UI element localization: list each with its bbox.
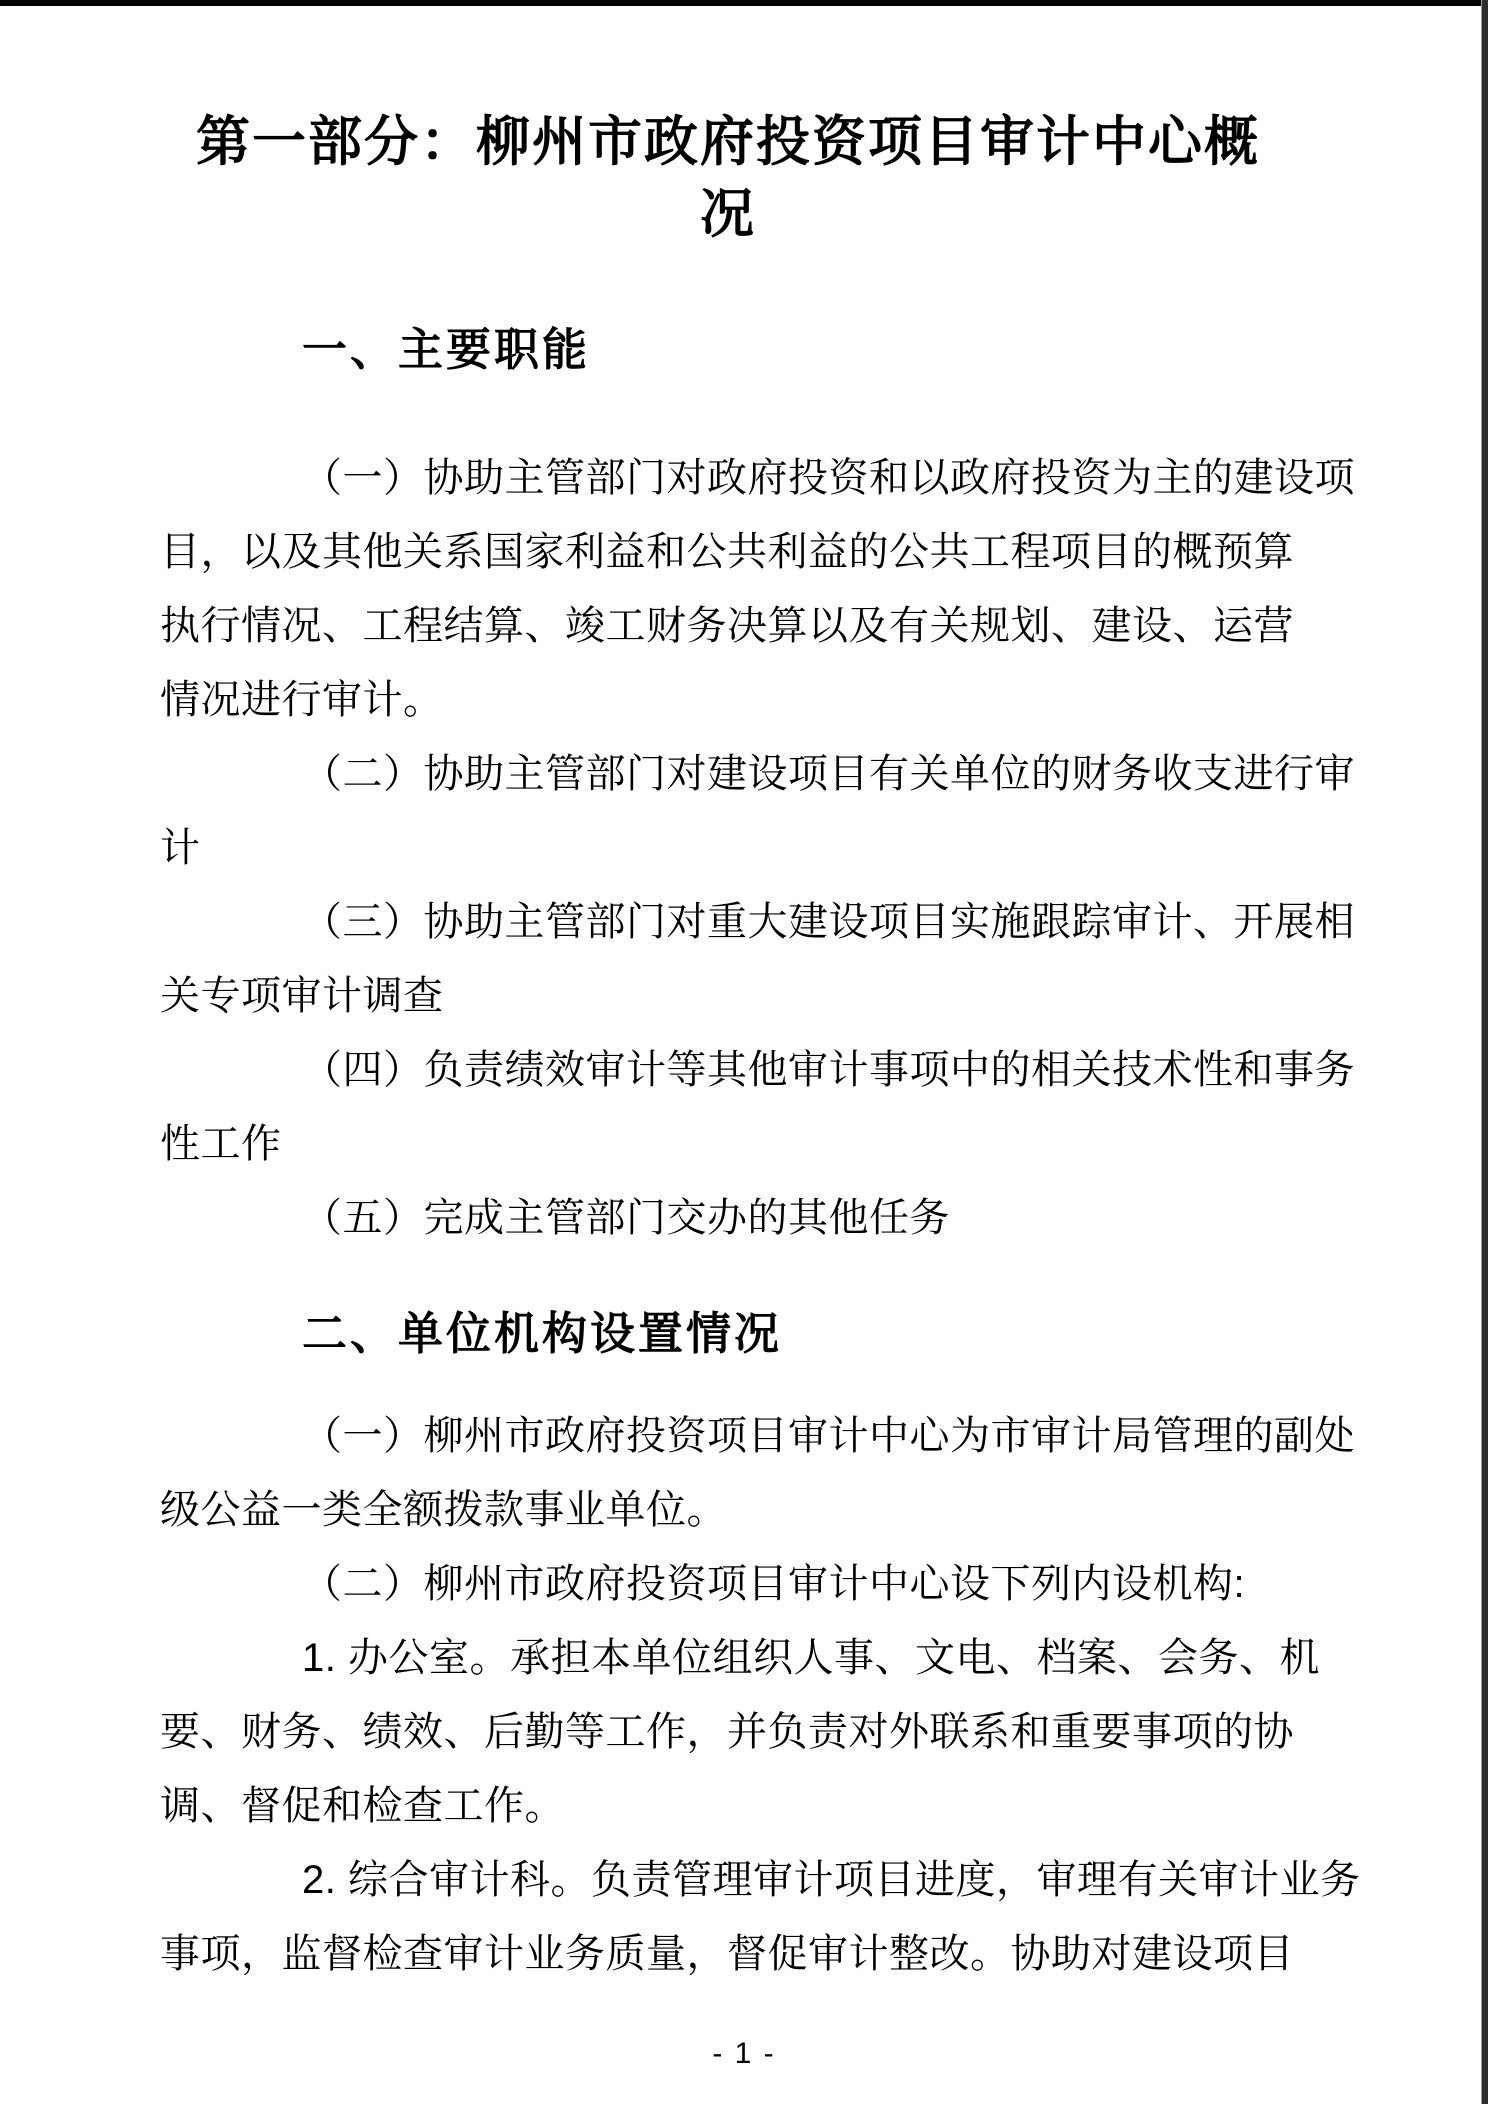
- page-number: - 1 -: [0, 2036, 1488, 2072]
- document-title-line-1: 第一部分：柳州市政府投资项目审计中心概: [160, 106, 1296, 178]
- section-body-organization: （一）柳州市政府投资项目审计中心为市审计局管理的副处 级公益一类全额拨款事业单位…: [160, 1399, 1296, 1991]
- section-body-main-functions: （一）协助主管部门对政府投资和以政府投资为主的建设项 目，以及其他关系国家利益和…: [160, 441, 1296, 1255]
- body-line: 事项，监督检查审计业务质量，督促审计整改。协助对建设项目: [160, 1917, 1296, 1991]
- page-content: 第一部分：柳州市政府投资项目审计中心概 况 一、主要职能 （一）协助主管部门对政…: [0, 6, 1488, 1991]
- body-line: 1. 办公室。承担本单位组织人事、文电、档案、会务、机: [160, 1621, 1296, 1695]
- body-line: 2. 综合审计科。负责管理审计项目进度，审理有关审计业务: [160, 1843, 1296, 1917]
- document-page: 第一部分：柳州市政府投资项目审计中心概 况 一、主要职能 （一）协助主管部门对政…: [0, 0, 1488, 2104]
- body-line: 目，以及其他关系国家利益和公共利益的公共工程项目的概预算: [160, 515, 1296, 589]
- section-heading-organization: 二、单位机构设置情况: [160, 1304, 1296, 1364]
- document-title: 第一部分：柳州市政府投资项目审计中心概 况: [160, 106, 1296, 250]
- body-line: 情况进行审计。: [160, 663, 1296, 737]
- body-line: 性工作: [160, 1107, 1296, 1181]
- body-line: （二）协助主管部门对建设项目有关单位的财务收支进行审: [160, 737, 1296, 811]
- body-line: （三）协助主管部门对重大建设项目实施跟踪审计、开展相: [160, 885, 1296, 959]
- body-line: 级公益一类全额拨款事业单位。: [160, 1473, 1296, 1547]
- body-line: （五）完成主管部门交办的其他任务: [160, 1181, 1296, 1255]
- body-line: 调、督促和检查工作。: [160, 1769, 1296, 1843]
- body-line: 计: [160, 811, 1296, 885]
- body-line: 执行情况、工程结算、竣工财务决算以及有关规划、建设、运营: [160, 589, 1296, 663]
- body-line: （四）负责绩效审计等其他审计事项中的相关技术性和事务: [160, 1033, 1296, 1107]
- body-line: （一）协助主管部门对政府投资和以政府投资为主的建设项: [160, 441, 1296, 515]
- body-line: （二）柳州市政府投资项目审计中心设下列内设机构:: [160, 1547, 1296, 1621]
- section-heading-main-functions: 一、主要职能: [160, 320, 1296, 380]
- document-title-line-2: 况: [160, 178, 1296, 250]
- body-line: 要、财务、绩效、后勤等工作，并负责对外联系和重要事项的协: [160, 1695, 1296, 1769]
- body-line: 关专项审计调查: [160, 959, 1296, 1033]
- body-line: （一）柳州市政府投资项目审计中心为市审计局管理的副处: [160, 1399, 1296, 1473]
